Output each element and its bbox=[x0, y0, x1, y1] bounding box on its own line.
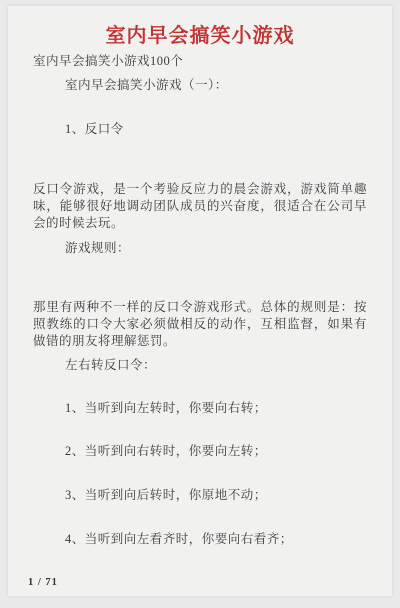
list-item: 3、当听到向后转时，你原地不动； bbox=[65, 487, 267, 504]
list-item: 2、当听到向右转时，你要向左转； bbox=[65, 443, 267, 460]
list-item: 4、当听到向左看齐时，你要向右看齐； bbox=[65, 531, 293, 548]
list-heading: 左右转反口令： bbox=[65, 357, 156, 374]
intro-line: 室内早会搞笑小游戏100个 bbox=[33, 53, 183, 70]
section-heading: 1、反口令 bbox=[65, 121, 124, 138]
list-item: 1、当听到向左转时，你要向右转； bbox=[65, 400, 267, 417]
page-number-indicator: 1 / 71 bbox=[28, 577, 58, 588]
paragraph-game-intro: 反口令游戏，是一个考验反应力的晨会游戏，游戏简单趣味，能够很好地调动团队成员的兴… bbox=[33, 181, 367, 232]
rules-label: 游戏规则： bbox=[65, 240, 130, 257]
document-page: 室内早会搞笑小游戏 室内早会搞笑小游戏100个 室内早会搞笑小游戏（一）： 1、… bbox=[8, 6, 392, 596]
document-title: 室内早会搞笑小游戏 bbox=[8, 19, 392, 48]
document-subtitle: 室内早会搞笑小游戏（一）： bbox=[65, 77, 228, 94]
paragraph-rules: 那里有两种不一样的反口令游戏形式。总体的规则是：按照教练的口令大家必须做相反的动… bbox=[33, 299, 367, 350]
document-viewer: 室内早会搞笑小游戏 室内早会搞笑小游戏100个 室内早会搞笑小游戏（一）： 1、… bbox=[0, 0, 400, 608]
